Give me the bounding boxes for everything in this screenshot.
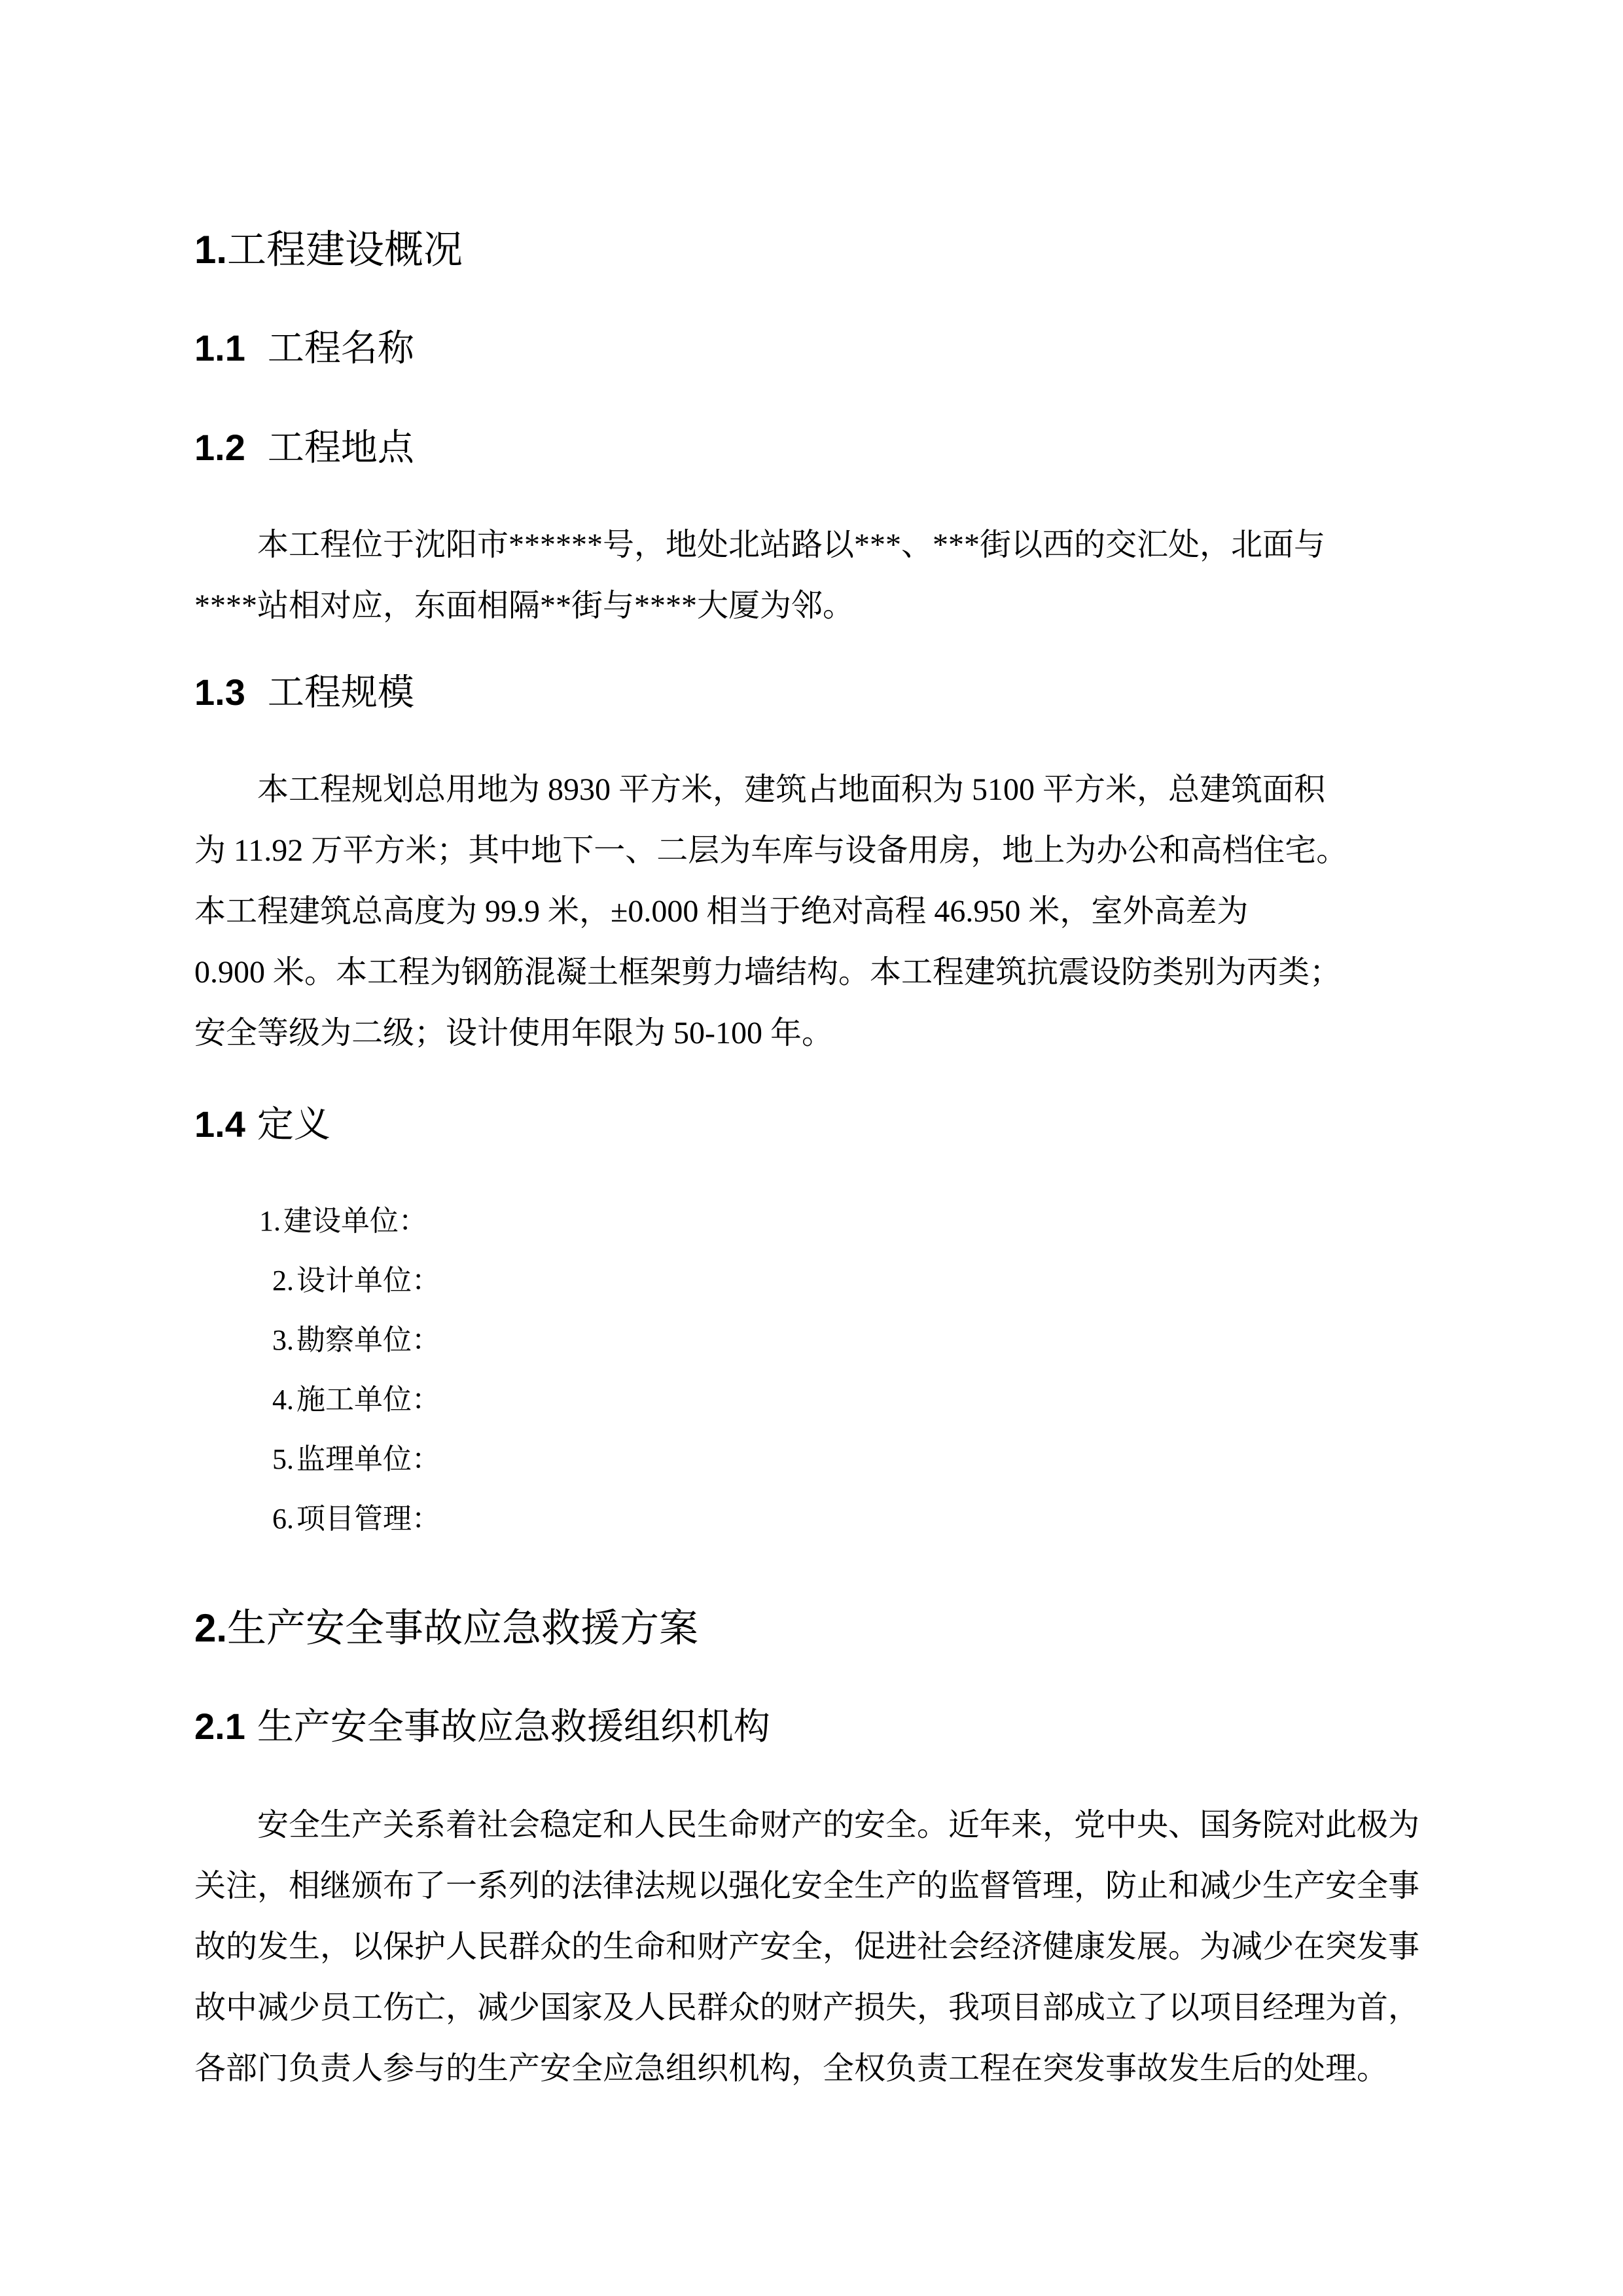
paragraph-line: 安全等级为二级；设计使用年限为 50-100 年。 [194,1003,1461,1064]
heading-section-1-1: 1.1工程名称 [194,330,414,367]
paragraph-line: 关注，相继颁布了一系列的法律法规以强化安全生产的监督管理，防止和减少生产安全事 [194,1856,1461,1916]
heading-text: 工程名称 [268,327,414,368]
paragraph-line: 为 11.92 万平方米；其中地下一、二层为车库与设备用房，地上为办公和高档住宅… [194,820,1461,881]
definition-item: 5.监理单位： [259,1429,440,1489]
heading-text: 工程地点 [268,427,414,468]
paragraph-line: ****站相对应，东面相隔**街与****大厦为邻。 [194,575,1461,636]
heading-number: 1. [194,228,227,272]
paragraph-line: 安全生产关系着社会稳定和人民生命财产的安全。近年来，党中央、国务院对此极为 [194,1795,1461,1856]
heading-text: 生产安全事故应急救援方案 [227,1606,698,1650]
document-page: 1.工程建设概况 1.1工程名称 1.2工程地点 本工程位于沈阳市******号… [0,0,1623,2296]
paragraph-line: 0.900 米。本工程为钢筋混凝土框架剪力墙结构。本工程建筑抗震设防类别为丙类； [194,942,1461,1003]
heading-number: 2.1 [194,1706,245,1747]
heading-section-1-2: 1.2工程地点 [194,429,414,466]
paragraph-line: 本工程建筑总高度为 99.9 米，±0.000 相当于绝对高程 46.950 米… [194,881,1461,942]
heading-number: 1.4 [194,1103,245,1145]
heading-text: 定义 [257,1103,330,1145]
paragraph-line: 故中减少员工伤亡，减少国家及人民群众的财产损失，我项目部成立了以项目经理为首， [194,1977,1461,2038]
paragraph-project-scale: 本工程规划总用地为 8930 平方米，建筑占地面积为 5100 平方米，总建筑面… [194,759,1461,1064]
paragraph-line: 本工程位于沈阳市******号，地处北站路以***、***街以西的交汇处，北面与 [194,514,1461,575]
definition-list: 1.建设单位： 2.设计单位： 3.勘察单位： 4.施工单位： 5.监理单位： … [259,1191,440,1549]
heading-text: 工程规模 [268,672,414,713]
definition-item: 3.勘察单位： [259,1310,440,1370]
heading-number: 1.2 [194,427,245,468]
heading-section-2-1: 2.1生产安全事故应急救援组织机构 [194,1708,770,1745]
heading-section-1-4: 1.4定义 [194,1106,330,1143]
heading-section-1-3: 1.3工程规模 [194,674,414,711]
definition-item: 6.项目管理： [259,1489,440,1549]
definition-item: 4.施工单位： [259,1370,440,1429]
paragraph-line: 本工程规划总用地为 8930 平方米，建筑占地面积为 5100 平方米，总建筑面… [194,759,1461,820]
definition-item: 1.建设单位： [259,1191,440,1251]
heading-number: 2. [194,1606,227,1650]
heading-text: 生产安全事故应急救援组织机构 [257,1706,770,1747]
paragraph-emergency-organization: 安全生产关系着社会稳定和人民生命财产的安全。近年来，党中央、国务院对此极为 关注… [194,1795,1461,2099]
paragraph-line: 故的发生，以保护人民群众的生命和财产安全，促进社会经济健康发展。为减少在突发事 [194,1916,1461,1977]
heading-number: 1.3 [194,672,245,713]
paragraph-project-location: 本工程位于沈阳市******号，地处北站路以***、***街以西的交汇处，北面与… [194,514,1461,636]
definition-item: 2.设计单位： [259,1251,440,1310]
heading-text: 工程建设概况 [227,228,463,272]
paragraph-line: 各部门负责人参与的生产安全应急组织机构，全权负责工程在突发事故发生后的处理。 [194,2038,1461,2099]
heading-section-2: 2.生产安全事故应急救援方案 [194,1609,698,1648]
heading-number: 1.1 [194,327,245,368]
heading-section-1: 1.工程建设概况 [194,230,463,270]
